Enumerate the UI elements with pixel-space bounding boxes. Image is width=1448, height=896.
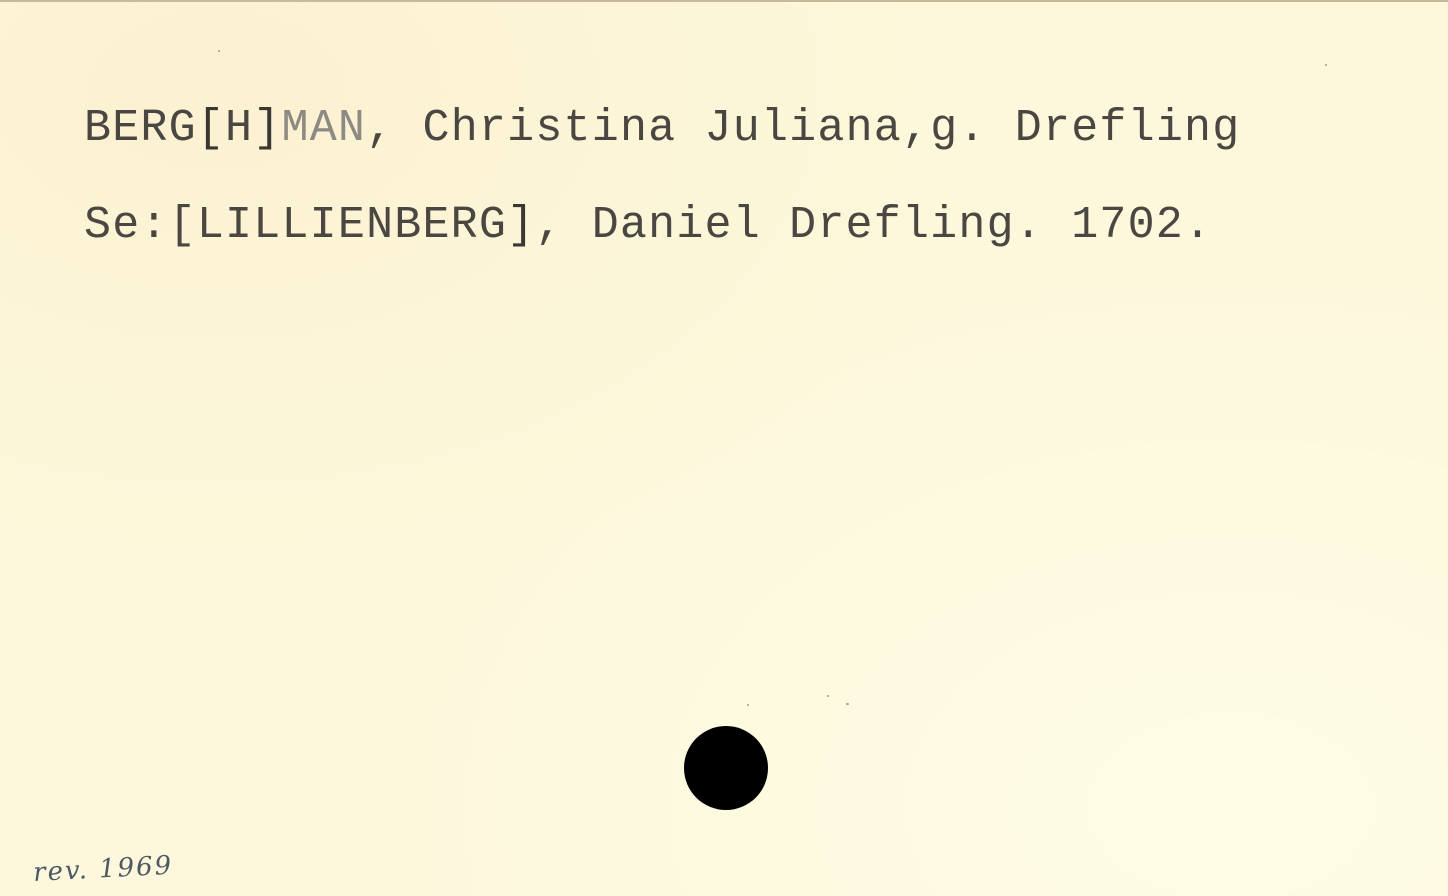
surname-prefix: BERG (84, 103, 197, 154)
see-prefix: Se: (84, 200, 169, 251)
paper-speck (827, 695, 829, 697)
punch-hole (684, 726, 768, 810)
card-heading-line: BERG[H]MAN, Christina Juliana,g. Dreflin… (84, 106, 1240, 151)
bracket-open: [ (197, 103, 225, 154)
bracket-close: ] (253, 103, 281, 154)
bracketed-letter: H (225, 103, 253, 154)
bracket-open: [ (169, 200, 197, 251)
handwritten-revision-note: rev. 1969 (32, 851, 174, 888)
paper-speck (846, 703, 849, 705)
paper-speck (747, 704, 749, 706)
paper-speck (1325, 64, 1327, 66)
catalog-card: BERG[H]MAN, Christina Juliana,g. Dreflin… (0, 0, 1448, 896)
reference-rest: , Daniel Drefling. 1702. (535, 200, 1212, 251)
paper-speck (218, 50, 220, 52)
referenced-surname: LILLIENBERG (197, 200, 507, 251)
card-reference-line: Se:[LILLIENBERG], Daniel Drefling. 1702. (84, 203, 1212, 248)
bracket-close: ] (507, 200, 535, 251)
heading-rest: , Christina Juliana,g. Drefling (366, 103, 1240, 154)
surname-suffix: MAN (281, 103, 366, 154)
